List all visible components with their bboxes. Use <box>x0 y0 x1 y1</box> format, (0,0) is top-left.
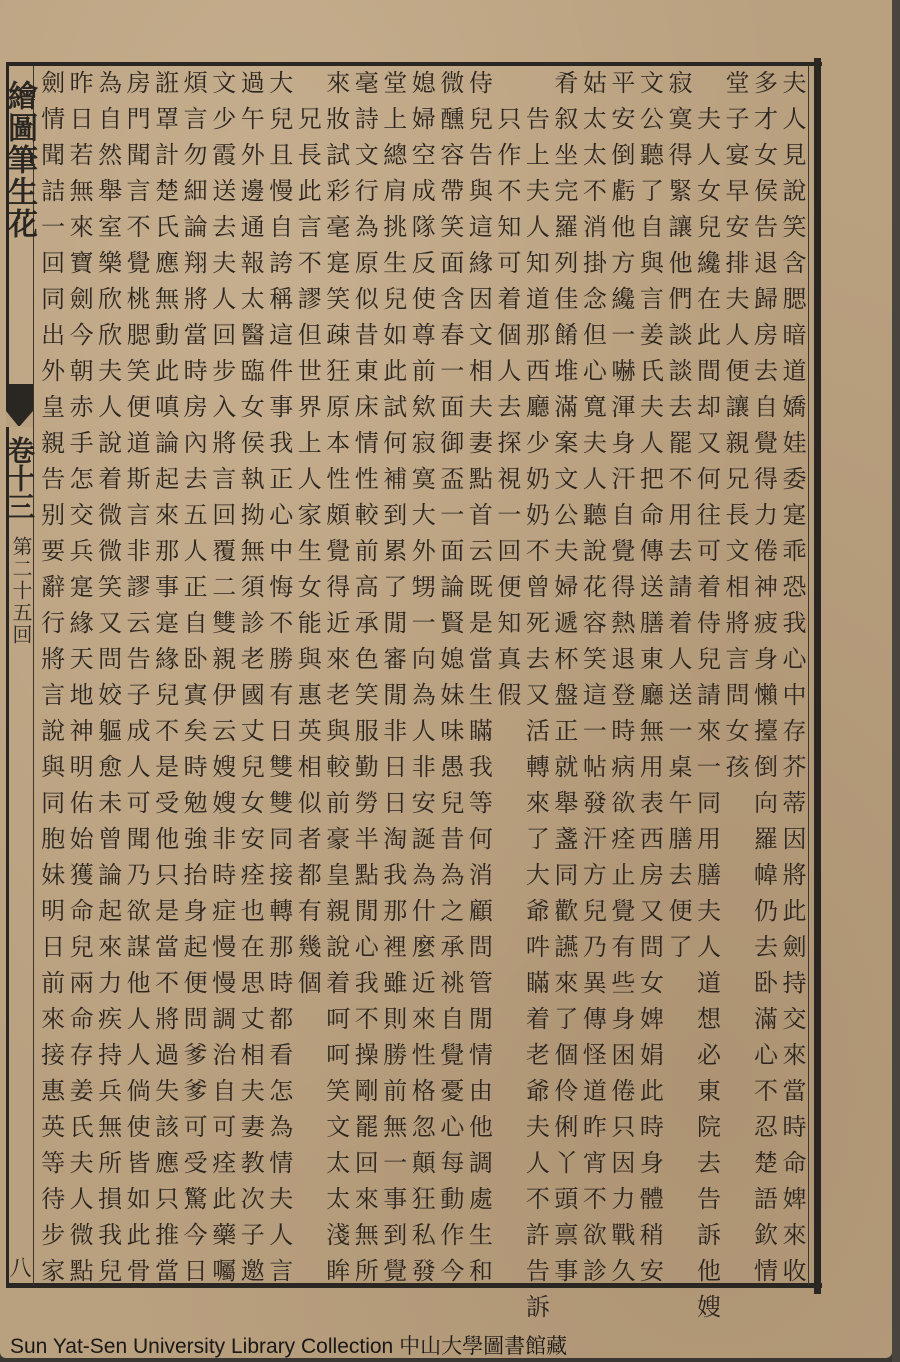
fishtail-mark-icon <box>6 384 33 426</box>
text-column: 平安倒虧他方纔一嚇渾身汗自覺得熱退登時病欲痊止覺有些身困倦只因力戰久盤旋心中飽悶… <box>606 70 635 1282</box>
text-column: 房門聞言不覺桃腮笑便道斯言非謬云告子成人可聞乃欲謀他人人倘使皆如此骨肉何來荊棘生… <box>122 70 151 1282</box>
text-column: 肴叙坐完羅列佳餚堆滿案文公夫婦遞杯盤正就舉盞同歡讌來了個伶俐丫頭禀事端 <box>549 70 578 1282</box>
book-page: 繪圖筆生花 卷十三 第二十五回 八 夫人見說笑含腮暗道嬌娃委寔乖恐我心中存芥蒂因… <box>0 0 892 1358</box>
text-column: 微醺容帶笑面含春一面御盃一面論賢媳妹味愚兒昔為之承祧自覺憂心每動作今日觀尊處事始… <box>435 70 464 1282</box>
text-column: 告上夫人知道那西廳少奶奶不曾死去又活轉來了大爺吽瞞着老爺夫人不許告訴聽說已着人去… <box>521 70 550 1318</box>
text-column: 來妝試彩毫寔笑疎狂原本性頗覺得近來老與較前豪皇親說着呵呵笑文太太淺眸春風道事苗 <box>321 70 350 1282</box>
library-watermark: Sun Yat-Sen University Library Collectio… <box>10 1330 567 1360</box>
text-column: 堂上總肩挑生兒如此試何補到累了閒審閒非日日淘我那裡雖則勝前無一事到覺得合門和順少… <box>378 70 407 1282</box>
text-column: 劍情聞詰一回同出外皇親告别要辭行將言說與同胞妹明日前來接惠英等待步家甥婦愈那時接… <box>36 70 65 1282</box>
text-column: 大兒且慢自誇稱這件事我正心中悔不勝有日雙雙同接轉那時都看怎為情夫人言訖文公笑小相… <box>264 70 293 1282</box>
text-column: 毫詩文行為原似昔東床情性較前高承色笑服勤勞半點閒心我不操剛罷回來無所事但憑詩酒樂… <box>350 70 379 1282</box>
text-column: 堂子宴早安排夫人便讓親兄長文相將言問女孩 <box>720 70 749 1282</box>
text-column: 過午外邊通報太醫臨女侯執拗無須診老國丈兒女安痊也在思丈相夫妻教次子邀醫看嫂去東廳… <box>236 70 265 1282</box>
text-column: 夫人見說笑含腮暗道嬌娃委寔乖恐我心中存芥蒂因將此劍持交來當時命婢來收好此刻人人放… <box>777 70 806 1282</box>
text-column: 媳婦空成隊反使尊前欸寂寞大外甥一向為人非安誕為什麼近來性格忽顛狂私發龍泉薄命勞有… <box>407 70 436 1282</box>
frame-right-heavy-line <box>814 58 821 1294</box>
margin-divider-line <box>33 66 34 1286</box>
page-edge-shadow <box>892 0 900 1362</box>
text-column: 昨日若無來寶劍今朝赤手怎交兵寔緣天地神明佑始獲命兒兩命存姜氏夫人微點首此言却也不… <box>65 70 94 1282</box>
text-column: 寂寞得緊讓他們談談去罷不用去請着人送一桌午膳去便了 <box>663 70 692 1282</box>
volume-label: 卷十三 <box>6 436 33 520</box>
frame-right-thin-line <box>808 64 809 1286</box>
text-column: 文公聽了自與言姜氏夫人把命傳送膳東廳無用表西房又問女婢娟此時身體稍安否稀粥還該進… <box>635 70 664 1282</box>
chapter-label: 第二十五回 <box>10 536 32 646</box>
text-column: 煩言勿細論翔將當時房內去五人正自卧寘矣時勉強抬身起便問爹爹可受驚今日之災來意外只… <box>179 70 208 1282</box>
text-column: 文少霞送去夫人回步入將言回覆二雙親伊云嫂嫂非時症慢慢調治自可痊此藥囑教三帖服平肝… <box>207 70 236 1282</box>
text-column: 誑罩計楚氏應無動此嗔論起來那事寔緣兒不是受他只是當不將過失該應只推當累諸人嚇却使… <box>150 70 179 1282</box>
text-column: 兄長此言不謬但世界上人家生女能與惠英相似者都有幾個 <box>293 70 322 1318</box>
text-column: 為自然舉室樂欣欣夫人說着微微笑又問姣軀愈未曾論起來力疾持兵無所損我兒真是女中英惠… <box>93 70 122 1282</box>
text-column: 多才女侯告退歸房去自覺得力倦神疲身懶擡倒向羅幃仍去卧滿心不忍楚語欽情默默意呆呆兩… <box>749 70 778 1282</box>
block-heart-margin: 繪圖筆生花 卷十三 第二十五回 八 <box>6 66 33 1286</box>
text-column: 夫人女兒纔在此間却又何往可着侍兒請來一同用膳夫人道想必東院去告訴他嫂嫂這段新文故… <box>692 70 721 1318</box>
page-number: 八 <box>8 1256 34 1278</box>
text-column: 只作不知可着個人去探視一回便知真假 <box>492 70 521 1318</box>
text-column: 侍兒告與這緣因文相夫妻點首云既是當生瞞我等何消顧問管閒情由他調處生和死只當無年耳… <box>464 70 493 1282</box>
vertical-text-body: 夫人見說笑含腮暗道嬌娃委寔乖恐我心中存芥蒂因將此劍持交來當時命婢來收好此刻人人放… <box>36 70 806 1282</box>
text-column: 姑太太不消掛念但心寬夫人聽說花容笑這一帖發汗方兒乃異傳怪道昨宵不欲診原來預備慧眼… <box>578 70 607 1282</box>
book-title: 繪圖筆生花 <box>6 80 33 240</box>
